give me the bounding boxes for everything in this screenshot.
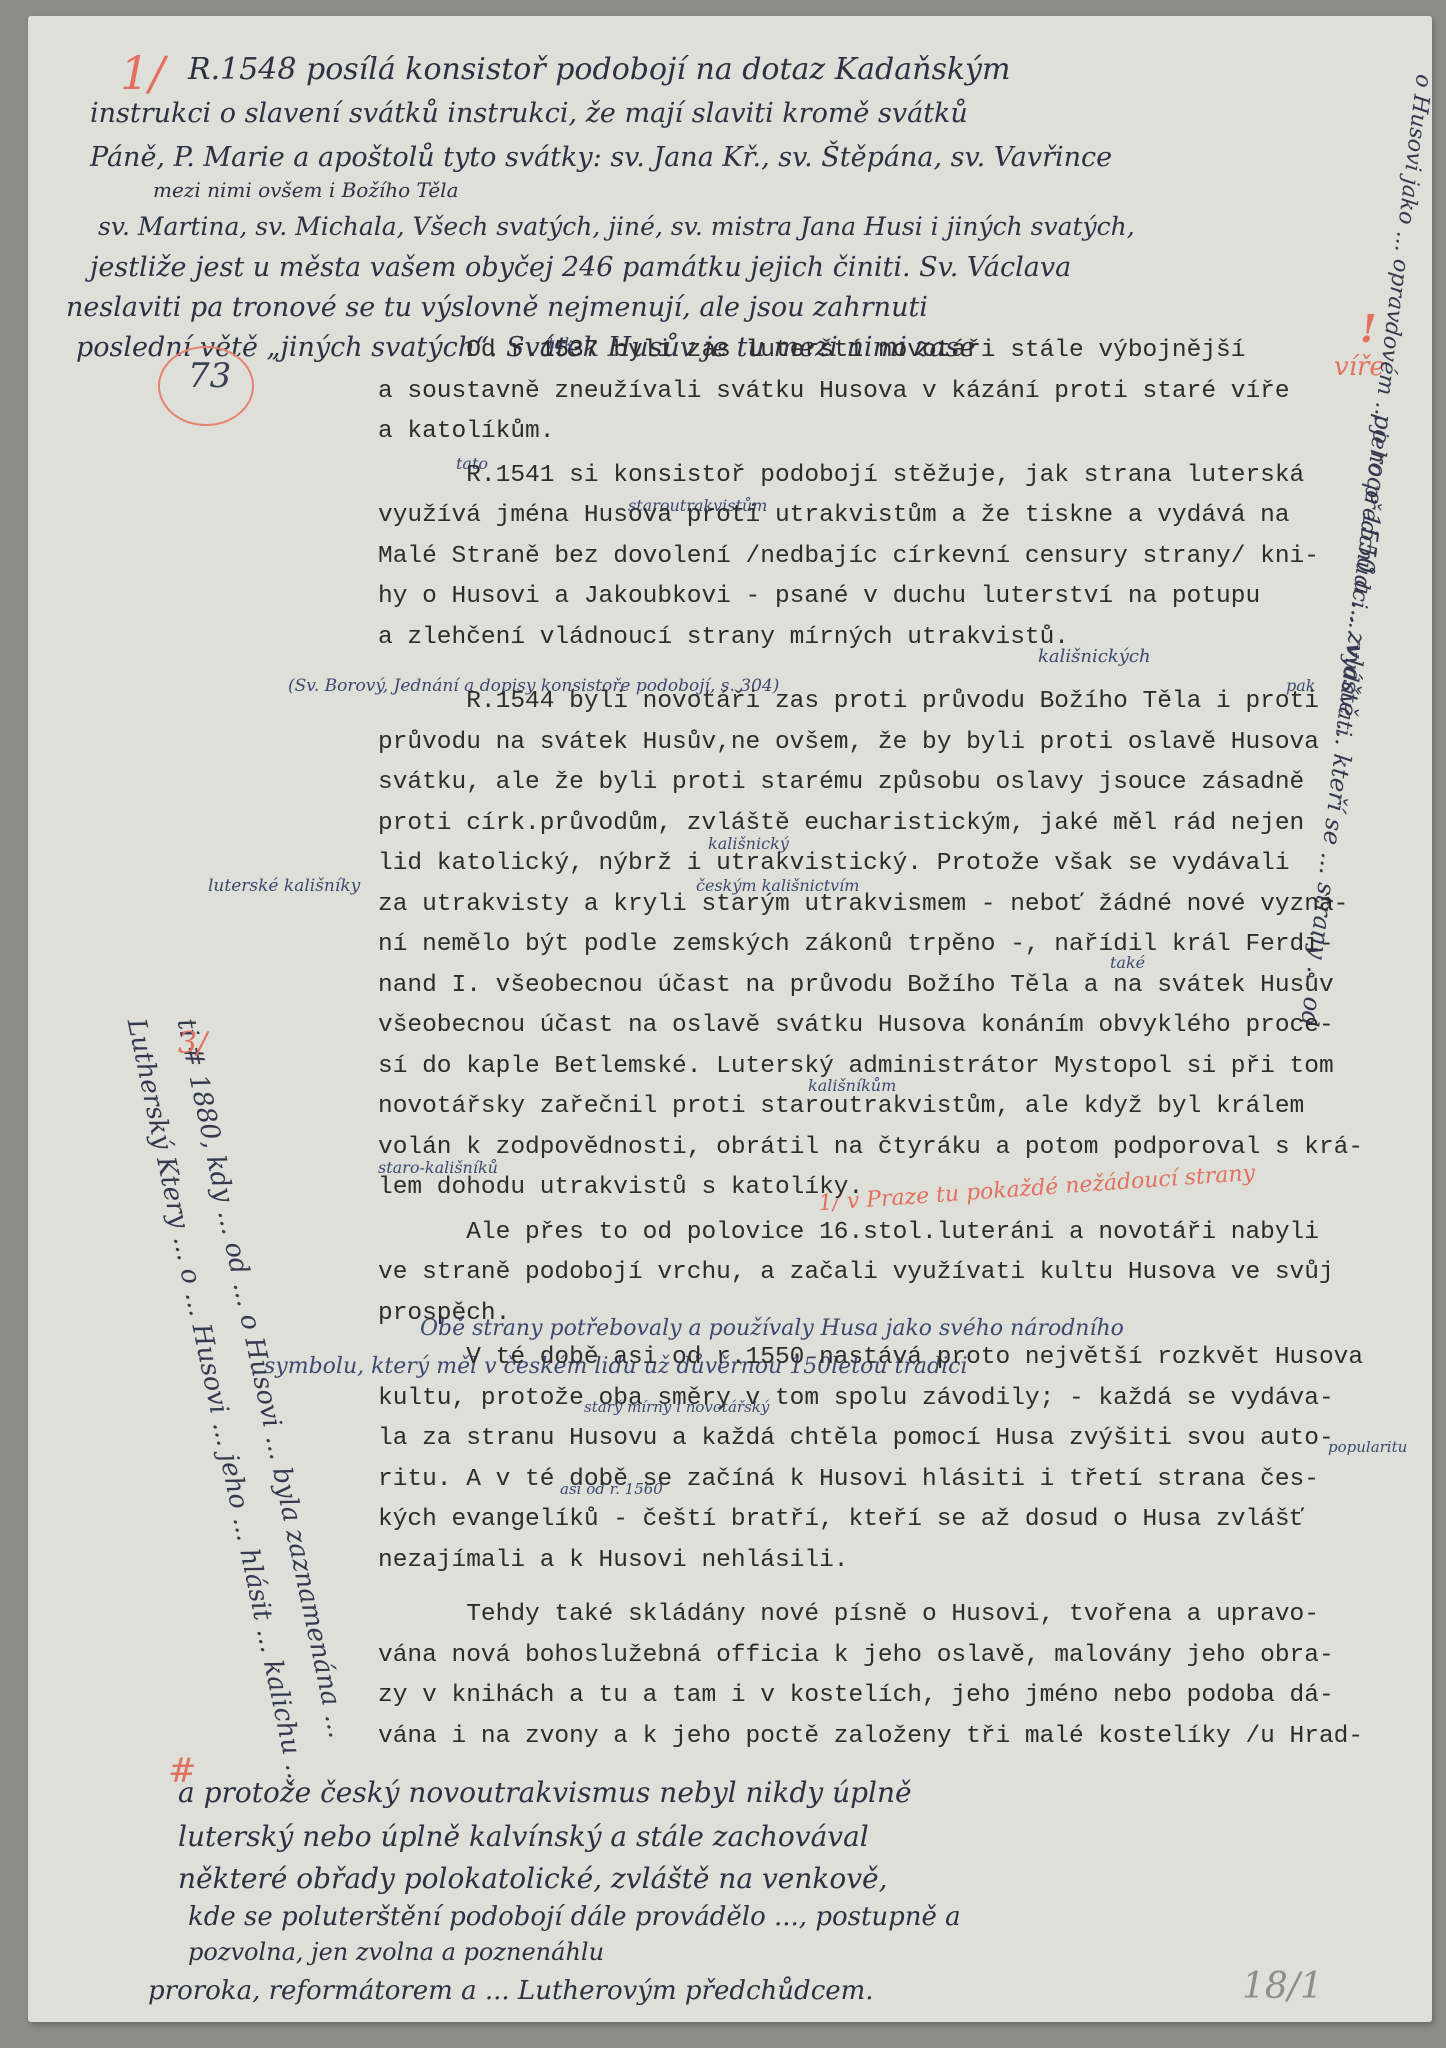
handwritten-line: instrukci o slavení svátků instrukci, že… <box>90 98 968 129</box>
paragraph: R.1544 byli novotáři zas proti průvodu B… <box>378 682 1358 1209</box>
typed-line: všeobecnou účast na oslavě svátku Husova… <box>378 1006 1358 1047</box>
handwritten-line: R.1548 posílá konsistoř podobojí na dota… <box>188 52 1010 87</box>
paragraph: R.1541 si konsistoř podobojí stěžuje, ja… <box>378 456 1358 659</box>
typed-line: využívá jména Husova proti utrakvistům a… <box>378 496 1358 537</box>
typed-line: proti círk.průvodům, zvláště eucharistic… <box>378 804 1358 845</box>
handwritten-line: luterský nebo úplně kalvínský a stále za… <box>178 1820 869 1853</box>
annotation: luterské kališníky <box>208 876 360 896</box>
handwritten-line: Páně, P. Marie a apoštolů tyto svátky: s… <box>90 142 1112 173</box>
typed-line: vána i na zvony a k jeho poctě založeny … <box>378 1717 1358 1758</box>
typed-line: a zlehčení vládnoucí strany mírných utra… <box>378 618 1358 659</box>
typed-line: zy v knihách a tu a tam i v kostelích, j… <box>378 1676 1358 1717</box>
typed-line: lid katolický, nýbrž i utrakvistický. Pr… <box>378 844 1358 885</box>
typed-line: la za stranu Husovu a každá chtěla pomoc… <box>378 1419 1358 1460</box>
circled-page-number: 73 <box>188 356 231 396</box>
handwritten-line: a protože český novoutrakvismus nebyl ni… <box>178 1776 912 1809</box>
typed-line: novotářsky zařečnil proti staroutrakvist… <box>378 1087 1358 1128</box>
red-margin-mark: 3/ <box>178 1026 207 1061</box>
paragraph: Od r.1537 byli zas luterští novotáři stá… <box>378 331 1358 453</box>
typed-line: lem dohodu utrakvistů s katolíky. <box>378 1168 1358 1209</box>
handwritten-line: mezi nimi ovšem i Božího Těla <box>153 178 459 202</box>
typed-line: Tehdy také skládány nové písně o Husovi,… <box>378 1595 1358 1636</box>
typed-line: a soustavně zneužívali svátku Husova v k… <box>378 372 1358 413</box>
handwritten-line: jestliže jest u města vašem obyčej 246 p… <box>90 252 1071 283</box>
typed-line: ní nemělo být podle zemských zákonů trpě… <box>378 925 1358 966</box>
typed-body: Od r.1537 byli zas luterští novotáři stá… <box>378 331 1358 1757</box>
typed-line: za utrakvisty a kryli starým utrakvismem… <box>378 885 1358 926</box>
typed-line: V té době asi od r.1550 nastává proto ne… <box>378 1338 1358 1379</box>
typed-line: kých evangelíků - čeští bratří, kteří se… <box>378 1500 1358 1541</box>
red-exclamation-mark: ! <box>1360 306 1377 351</box>
handwritten-line: proroka, reformátorem a ... Lutherovým p… <box>148 1976 874 2006</box>
typed-line: Od r.1537 byli zas luterští novotáři stá… <box>378 331 1358 372</box>
folio-number: 18/1 <box>1242 1966 1323 2007</box>
typed-line: volán k zodpovědnosti, obrátil na čtyrák… <box>378 1128 1358 1169</box>
handwritten-line: některé obřady polokatolické, zvláště na… <box>178 1862 888 1895</box>
typed-line: R.1541 si konsistoř podobojí stěžuje, ja… <box>378 456 1358 497</box>
typed-line: nand I. všeobecnou účast na průvodu Boží… <box>378 966 1358 1007</box>
typed-line: průvodu na svátek Husův,ne ovšem, že by … <box>378 723 1358 764</box>
typed-line: a katolíkům. <box>378 412 1358 453</box>
paragraph: V té době asi od r.1550 nastává proto ne… <box>378 1338 1358 1581</box>
typed-line: prospěch. <box>378 1294 1358 1335</box>
typed-line: vána nová bohoslužebná officia k jeho os… <box>378 1636 1358 1677</box>
typed-line: ritu. A v té době se začíná k Husovi hlá… <box>378 1460 1358 1501</box>
typed-line: Malé Straně bez dovolení /nedbajíc círke… <box>378 537 1358 578</box>
typed-line: ve straně podobojí vrchu, a začali využí… <box>378 1253 1358 1294</box>
document-page: 1/ R.1548 posílá konsistoř podobojí na d… <box>28 16 1432 2022</box>
typed-line: sí do kaple Betlemské. Luterský administ… <box>378 1047 1358 1088</box>
paragraph: Tehdy také skládány nové písně o Husovi,… <box>378 1595 1358 1757</box>
typed-line: kultu, protože oba směry v tom spolu záv… <box>378 1379 1358 1420</box>
handwritten-line: sv. Martina, sv. Michala, Všech svatých,… <box>98 212 1135 241</box>
typed-line: R.1544 byli novotáři zas proti průvodu B… <box>378 682 1358 723</box>
paragraph: Ale přes to od polovice 16.stol.luteráni… <box>378 1213 1358 1335</box>
typed-line: Ale přes to od polovice 16.stol.luteráni… <box>378 1213 1358 1254</box>
handwritten-line: neslaviti pa tronové se tu výslovně nejm… <box>66 292 928 323</box>
typed-line: hy o Husovi a Jakoubkovi - psané v duchu… <box>378 577 1358 618</box>
handwritten-line: pozvolna, jen zvolna a poznenáhlu <box>188 1938 604 1966</box>
red-check-mark: 1/ <box>120 46 165 100</box>
handwritten-line: kde se poluterštění podobojí dále provád… <box>188 1902 961 1932</box>
typed-line: svátku, ale že byli proti starému způsob… <box>378 763 1358 804</box>
typed-line: nezajímali a k Husovi nehlásili. <box>378 1541 1358 1582</box>
